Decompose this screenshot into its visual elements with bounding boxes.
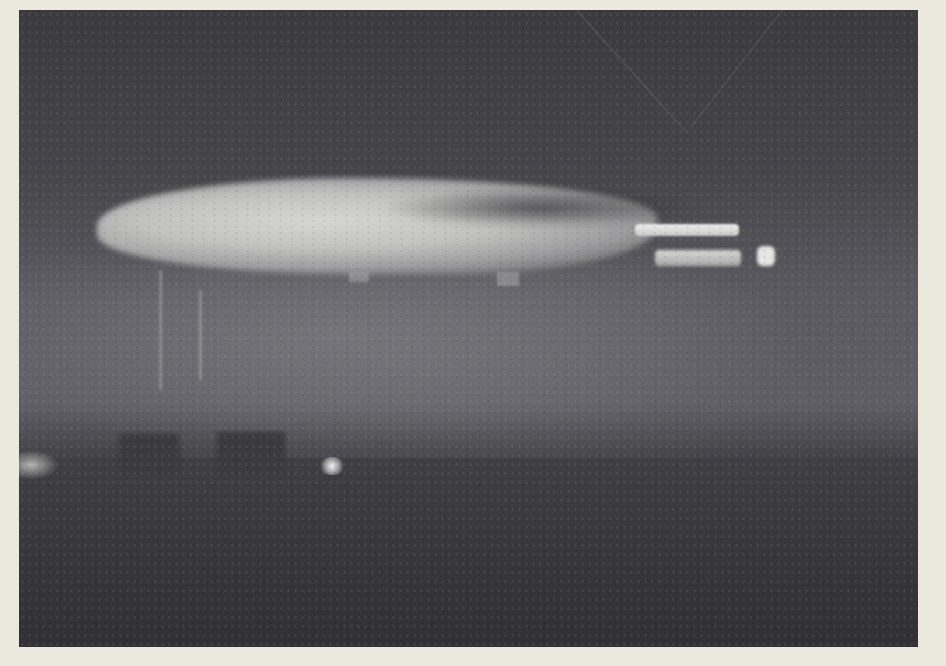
light-streak [159, 270, 162, 390]
light-streak [497, 272, 519, 286]
light-streak [199, 290, 202, 380]
searchlight-beam [539, 10, 688, 133]
airship-gondola-lower [655, 250, 741, 266]
light-streak [349, 272, 369, 282]
photograph [19, 10, 918, 647]
town-ground [19, 458, 918, 647]
building-silhouette [119, 434, 179, 474]
ground-light-spot [319, 457, 345, 475]
airship-gondola-upper [635, 224, 739, 236]
searchlight-beam [690, 10, 790, 127]
horizon-glow [19, 450, 59, 480]
building-silhouette [217, 432, 285, 474]
airship-hull-shadow [379, 188, 699, 228]
airship-tail-highlight [757, 246, 775, 266]
